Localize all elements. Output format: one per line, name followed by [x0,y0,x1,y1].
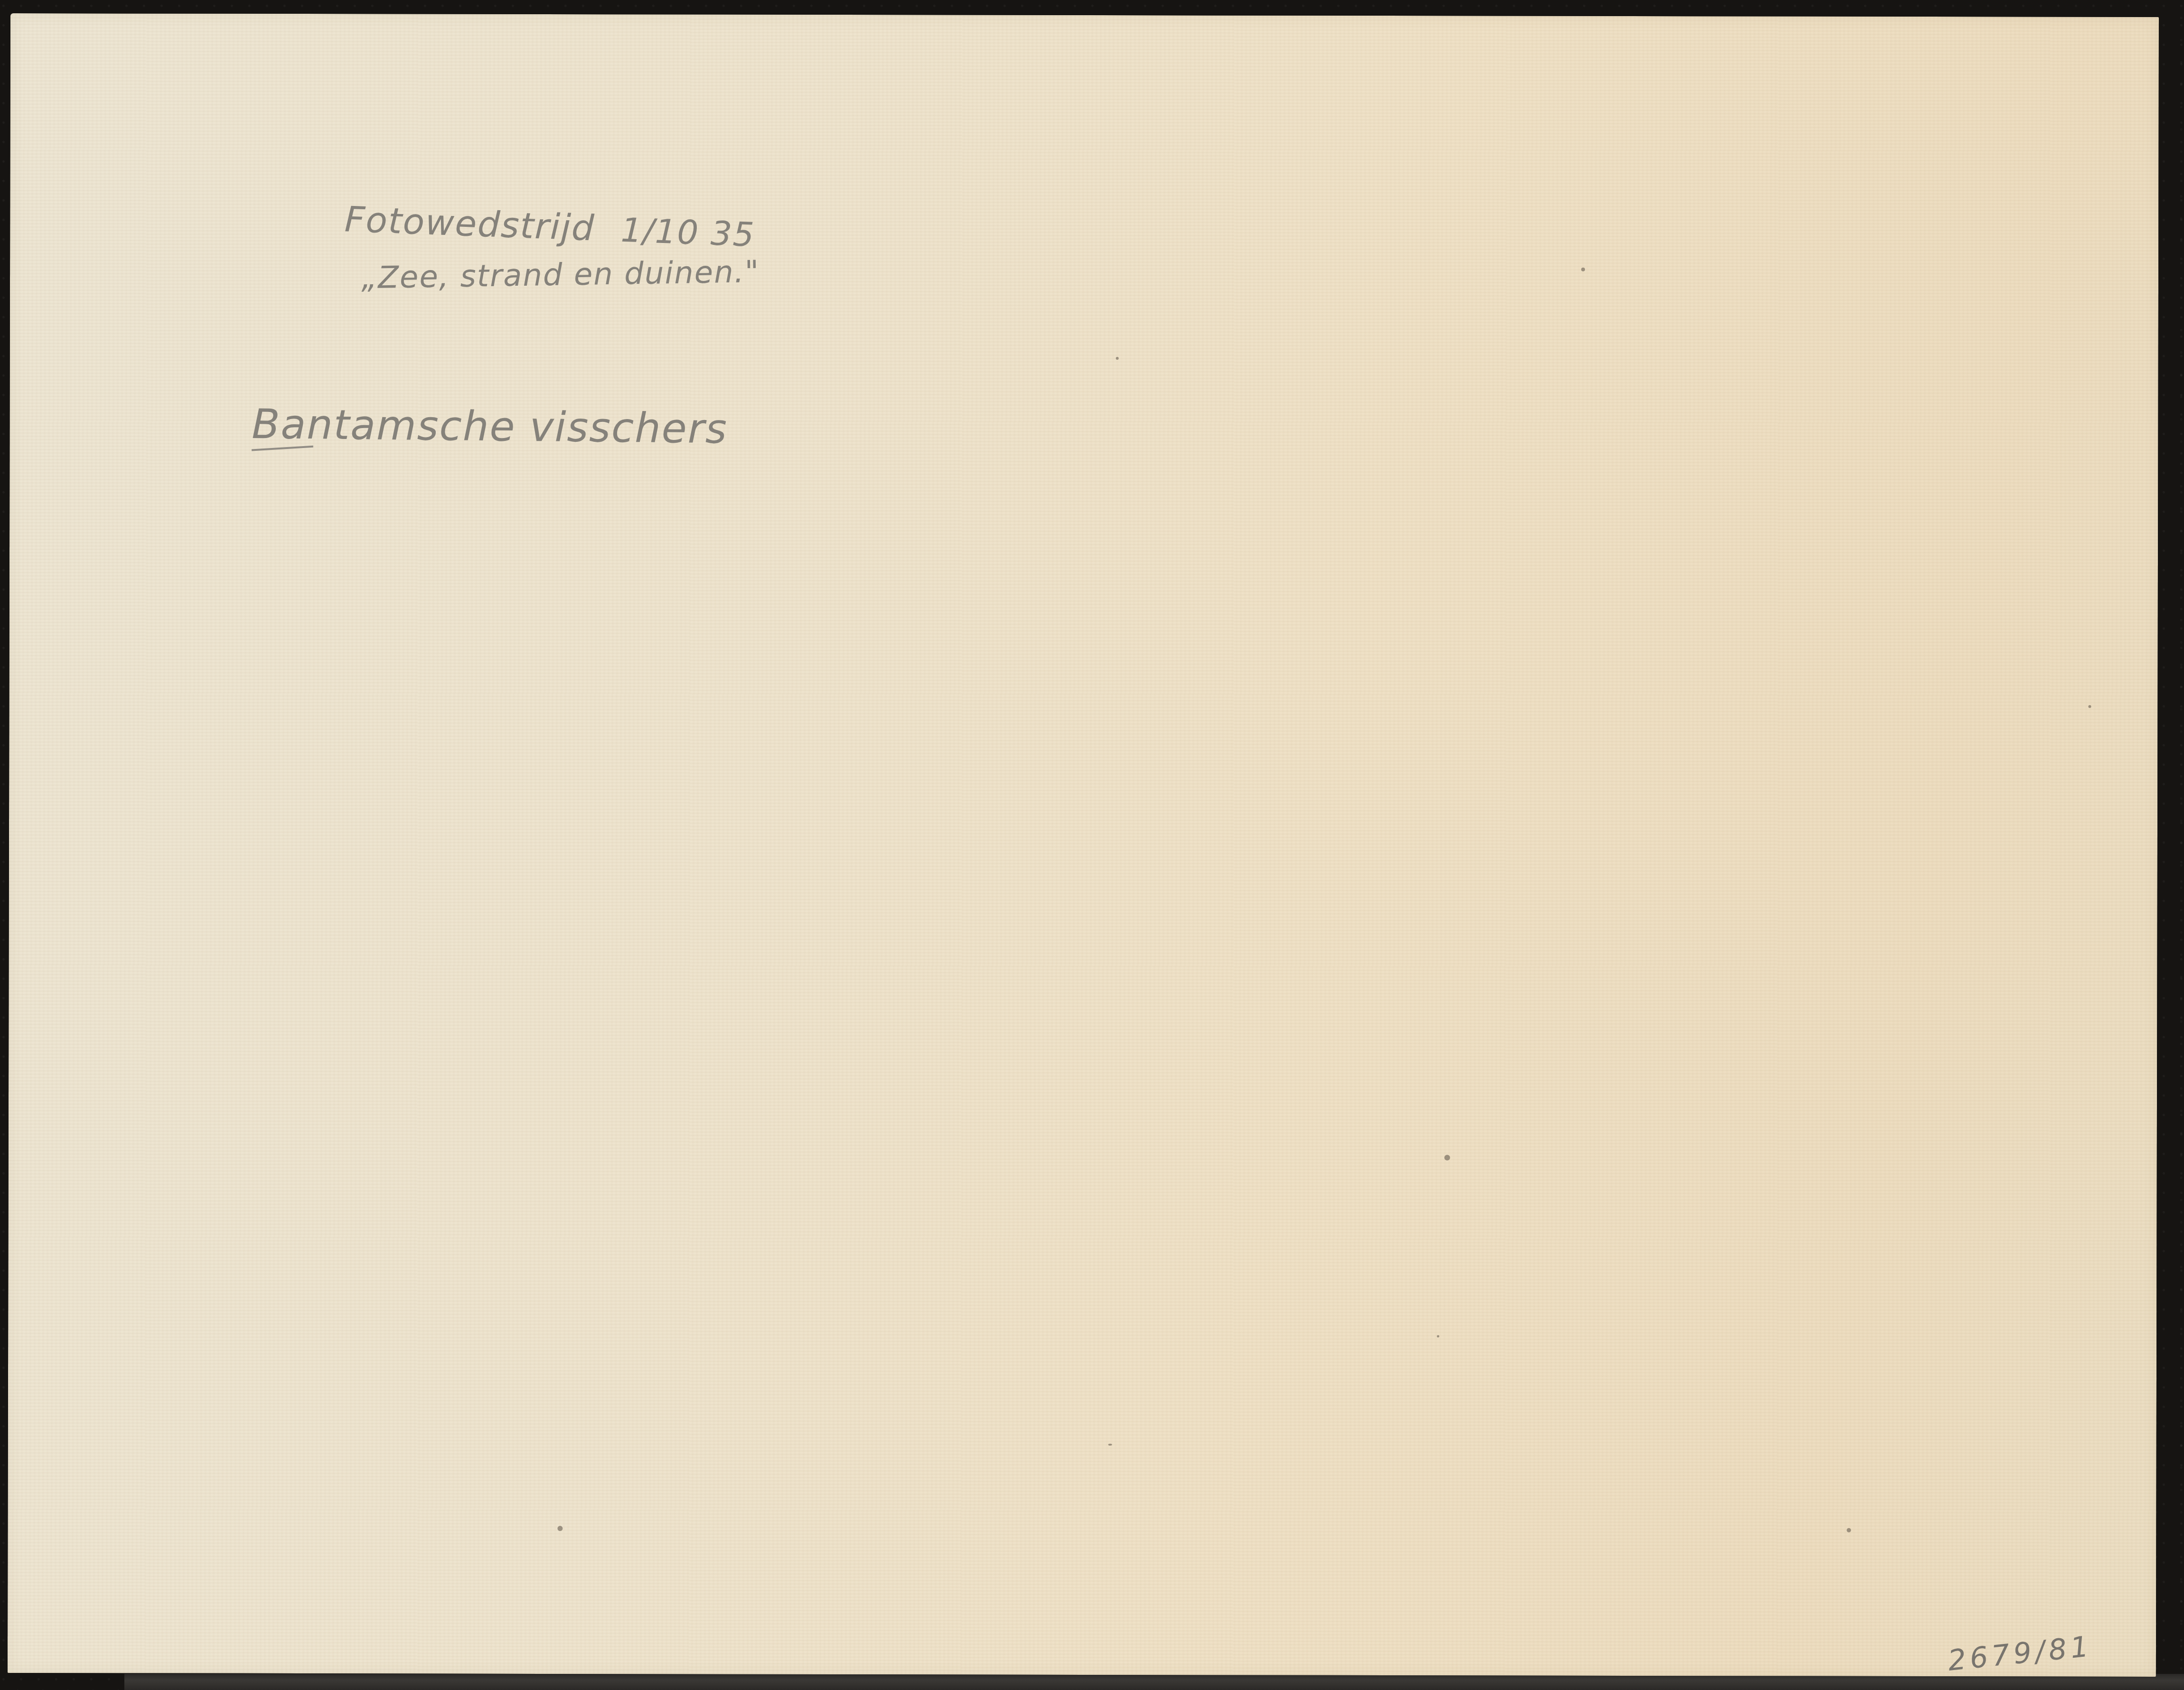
paper-speck [1116,357,1119,360]
photo-title: Bantamsche visschers [252,401,728,453]
paper-speck [2088,705,2091,708]
paper-speck [1437,1335,1439,1337]
paper-speck [1581,268,1585,271]
competition-date: 1/10 35 [620,211,756,254]
competition-theme: „Zee, strand en duinen." [361,254,760,296]
paper-speck [1847,1528,1851,1532]
paper-speck [1108,1444,1112,1446]
photo-title-text: Bantamsche visschers [252,401,728,453]
paper-speck [1444,1155,1450,1160]
scan-bottom-strip [124,1674,2184,1690]
competition-label: Fotowedstrijd [344,199,596,249]
competition-inscription: Fotowedstrijd1/10 35 [344,199,756,255]
paper-speck [557,1526,562,1531]
inventory-number: 2679/81 [1946,1630,2094,1678]
photo-mount-verso: Fotowedstrijd1/10 35 „Zee, strand en dui… [8,13,2159,1677]
